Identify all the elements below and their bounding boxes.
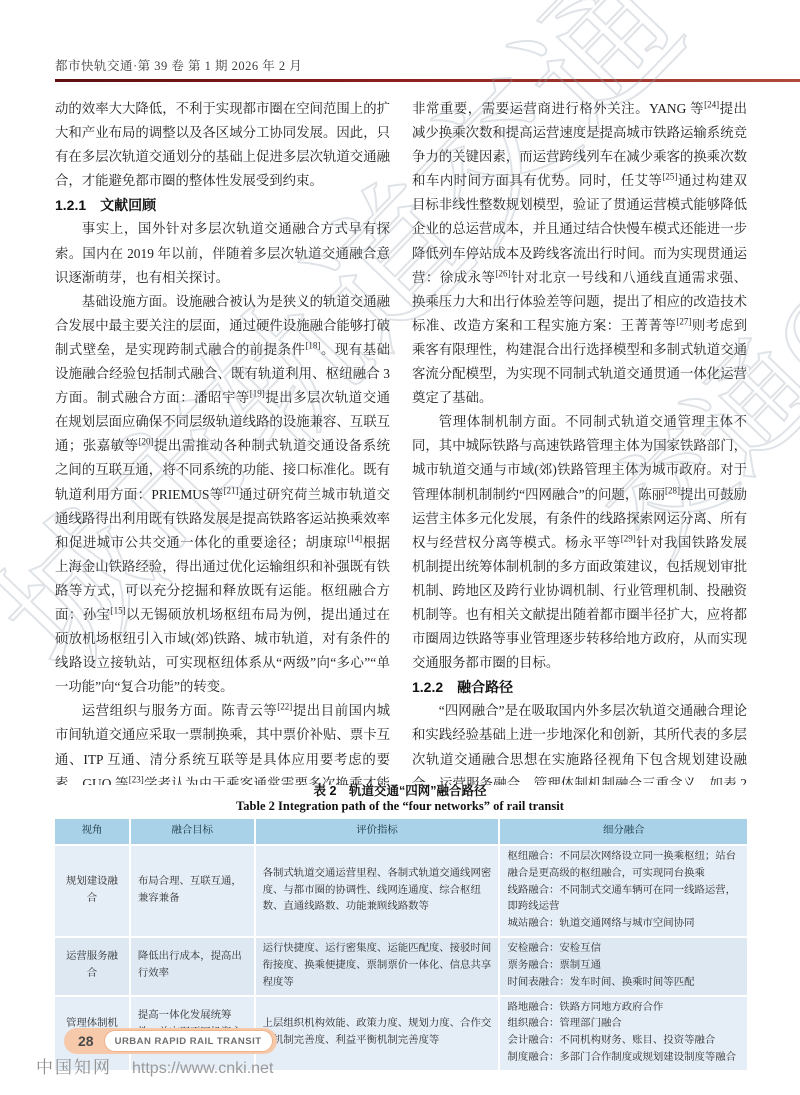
col-header-goal: 融合目标: [130, 819, 255, 845]
cnki-footer: 中国知网 https://www.cnki.net: [36, 1053, 273, 1078]
detail-line: 票务融合：票制互通: [507, 958, 740, 975]
cell-details: 枢纽融合：不同层次网络设立同一换乘枢纽；站台融合是更高级的枢纽融合，可实现同台换…: [499, 845, 747, 937]
section-heading-1-2-2: 1.2.2 融合路径: [412, 675, 747, 699]
right-column: 非常重要，需要运营商进行格外关注。YANG 等[24]提出减少换乘次数和提高运营…: [412, 97, 747, 785]
detail-line: 枢纽融合：不同层次网络设立同一换乘枢纽；站台融合是更高级的枢纽融合，可实现同台换…: [507, 849, 740, 883]
detail-line: 城站融合：轨道交通网络与城市空间协同: [507, 916, 740, 933]
cell-goal: 布局合理、互联互通，兼容兼备: [130, 845, 255, 937]
detail-line: 线路融合：不同制式交通车辆可在同一线路运营，即跨线运营: [507, 883, 740, 917]
cell-goal: 降低出行成本，提高出行效率: [130, 937, 255, 996]
header-rule: [55, 79, 800, 82]
journal-header: 都市快轨交通·第 39 卷 第 1 期 2026 年 2 月: [55, 56, 302, 74]
detail-line: 会计融合：不同机构财务、账目、投资等融合: [507, 1033, 740, 1050]
cell-details: 路地融合：铁路方同地方政府合作 组织融合：管理部门融合 会计融合：不同机构财务、…: [499, 996, 747, 1071]
paragraph: “四网融合”是在吸取国内外多层次轨道交通融合理论和实践经验基础上进一步地深化和创…: [412, 699, 747, 785]
col-header-indicators: 评价指标: [255, 819, 500, 845]
paragraph: 动的效率大大降低，不利于实现都市圈在空间范围上的扩大和产业布局的调整以及各区域分…: [55, 97, 390, 193]
table-title-en: Table 2 Integration path of the “four ne…: [0, 799, 800, 814]
detail-line: 制度融合：多部门合作制度或规划建设制度等融合: [507, 1050, 740, 1067]
cell-indicators: 上层组织机构效能、政策力度、规划力度、合作交流机制完善度、利益平衡机制完善度等: [255, 996, 500, 1071]
detail-line: 安检融合：安检互信: [507, 941, 740, 958]
paragraph: 基础设施方面。设施融合被认为是狭义的轨道交通融合发展中最主要关注的层面，通过硬件…: [55, 290, 390, 700]
paragraph: 非常重要，需要运营商进行格外关注。YANG 等[24]提出减少换乘次数和提高运营…: [412, 97, 747, 410]
table-row: 规划建设融合 布局合理、互联互通，兼容兼备 各制式轨道交通运营里程、各制式轨道交…: [55, 845, 747, 937]
cnki-url: https://www.cnki.net: [132, 1060, 273, 1078]
table-row: 运营服务融合 降低出行成本，提高出行效率 运行快捷度、运行密集度、运能匹配度、接…: [55, 937, 747, 996]
cell-perspective: 运营服务融合: [55, 937, 130, 996]
table-header-row: 视角 融合目标 评价指标 细分融合: [55, 819, 747, 845]
detail-line: 路地融合：铁路方同地方政府合作: [507, 1000, 740, 1017]
col-header-perspective: 视角: [55, 819, 130, 845]
paragraph: 运营组织与服务方面。陈青云等[22]提出目前国内城市间轨道交通应采取一票制换乘，…: [55, 699, 390, 785]
left-column: 动的效率大大降低，不利于实现都市圈在空间范围上的扩大和产业布局的调整以及各区域分…: [55, 97, 390, 785]
page-number-badge: 28 URBAN RAPID RAIL TRANSIT: [64, 1028, 277, 1054]
detail-line: 时间表融合：发车时间、换乘时间等匹配: [507, 975, 740, 992]
journal-name-en: URBAN RAPID RAIL TRANSIT: [104, 1030, 273, 1052]
section-heading-1-2-1: 1.2.1 文献回顾: [55, 193, 390, 217]
cell-indicators: 运行快捷度、运行密集度、运能匹配度、接驳时间衔接度、换乘便捷度、票制票价一体化、…: [255, 937, 500, 996]
cell-perspective: 规划建设融合: [55, 845, 130, 937]
journal-page: 都市快轨交通·第 39 卷 第 1 期 2026 年 2 月 动的效率大大降低，…: [0, 0, 800, 1095]
col-header-details: 细分融合: [499, 819, 747, 845]
two-column-body: 动的效率大大降低，不利于实现都市圈在空间范围上的扩大和产业布局的调整以及各区域分…: [55, 97, 747, 785]
paragraph: 管理体制机制方面。不同制式轨道交通管理主体不同，其中城际铁路与高速铁路管理主体为…: [412, 410, 747, 675]
paragraph: 事实上，国外针对多层次轨道交通融合方式早有探索。国内在 2019 年以前，伴随着…: [55, 217, 390, 289]
cell-details: 安检融合：安检互信 票务融合：票制互通 时间表融合：发车时间、换乘时间等匹配: [499, 937, 747, 996]
page-number: 28: [64, 1033, 104, 1049]
cnki-label: 中国知网: [36, 1053, 112, 1078]
cell-indicators: 各制式轨道交通运营里程、各制式轨道交通线网密度、与都市圈的协调性、线网连通度、综…: [255, 845, 500, 937]
detail-line: 组织融合：管理部门融合: [507, 1016, 740, 1033]
table-title-cn: 表 2 轨道交通“四网”融合路径: [0, 781, 800, 799]
